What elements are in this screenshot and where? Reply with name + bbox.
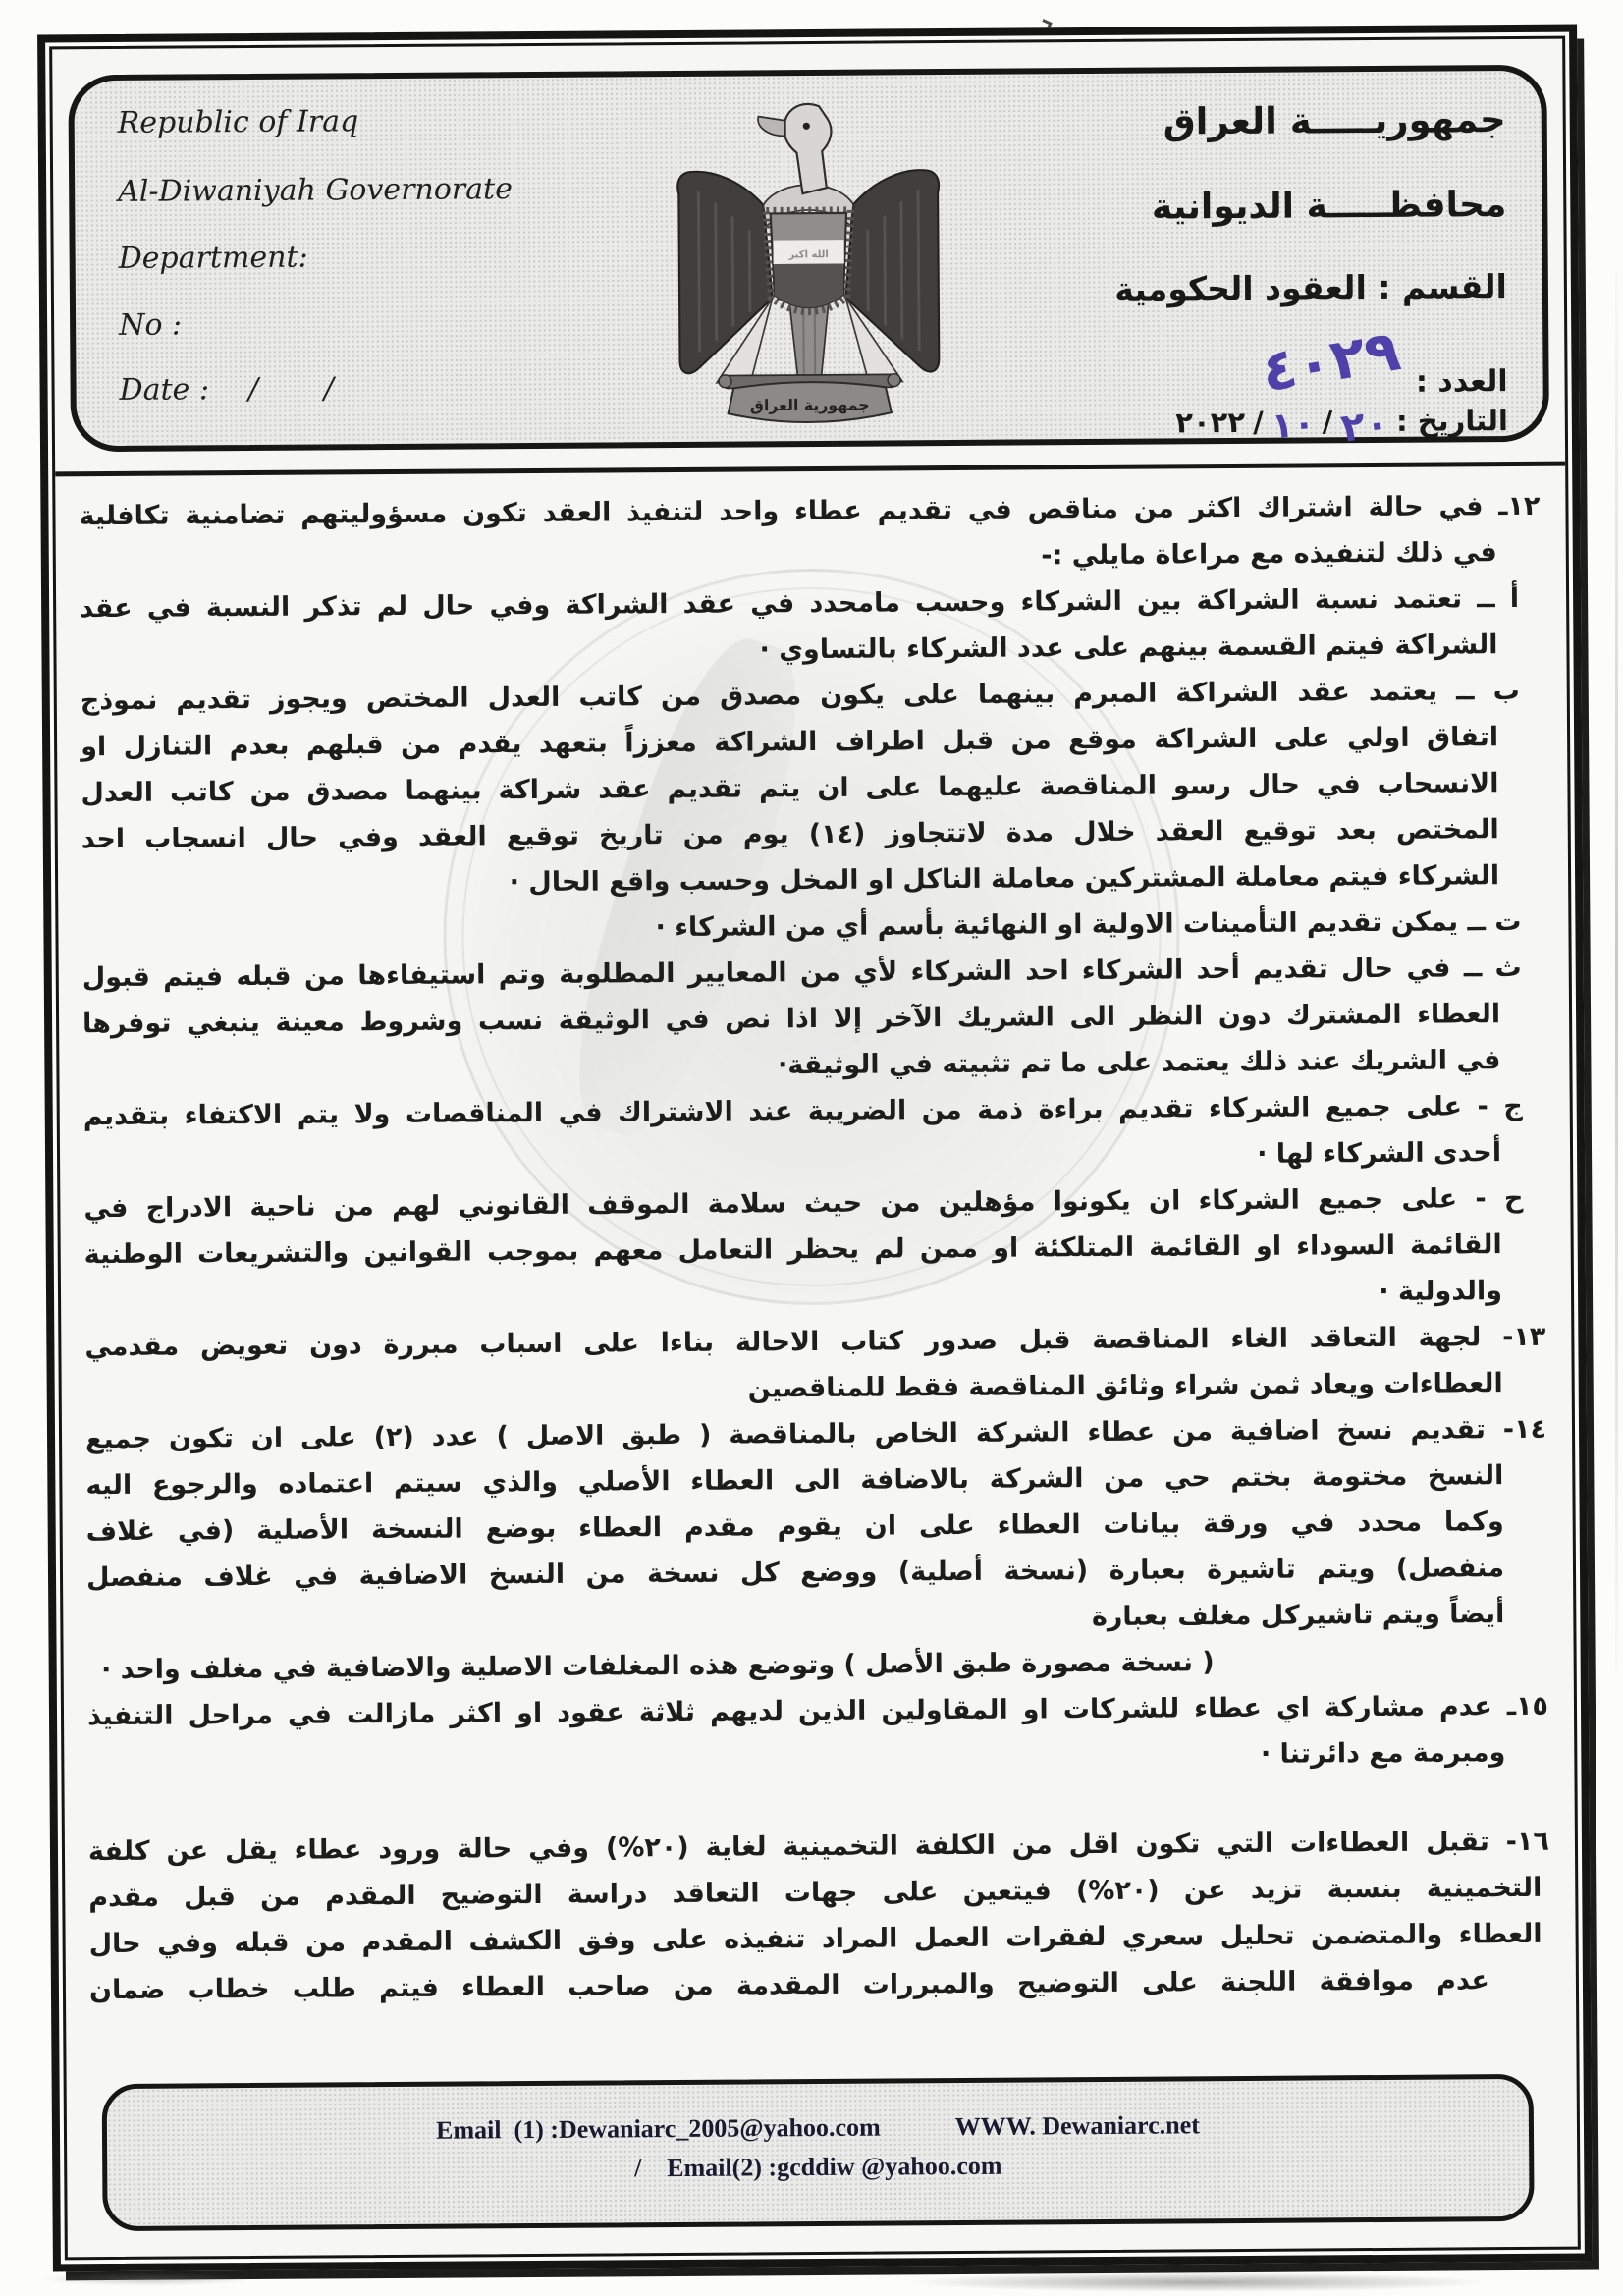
header-date-row-ar: التاريخ : ٢٠ / ١٠ / ٢٠٢٢: [1175, 395, 1508, 442]
date-label: التاريخ :: [1396, 404, 1508, 438]
footer-website: WWW. Dewaniarc.net: [955, 2110, 1200, 2142]
header-date-row-en: Date :/ /: [119, 371, 334, 408]
footer-contact-box: Email (1) :Dewaniarc_2005@yahoo.com WWW.…: [102, 2074, 1535, 2231]
scan-shadow-bottom-left: [39, 2272, 255, 2286]
handwritten-document-number: ٤٠٢٩: [1257, 316, 1405, 405]
header-governorate-en: Al-Diwaniyah Governorate: [118, 172, 513, 209]
handwritten-date-month: ١٠: [1271, 404, 1317, 447]
header-date-label-en: Date :: [119, 372, 209, 408]
document-inner-frame: Republic of Iraq Al-Diwaniyah Governorat…: [49, 36, 1581, 2261]
iraq-coat-of-arms-eagle-icon: الله اكبر جمهورية العراق: [666, 88, 950, 428]
emblem-banner-text: جمهورية العراق: [750, 395, 870, 414]
date-year: ٢٠٢٢: [1175, 406, 1245, 439]
handwritten-date-day: ٢٠: [1339, 401, 1392, 452]
scan-edge-artifact: [1615, 236, 1618, 1709]
body-line: عدم موافقة اللجنة على التوضيح والمبررات …: [89, 1957, 1550, 2013]
header-date-slashes-en: / /: [209, 371, 334, 407]
date-slash: /: [1253, 406, 1264, 439]
letterhead-header-box: Republic of Iraq Al-Diwaniyah Governorat…: [68, 65, 1549, 453]
header-country-en: Republic of Iraq: [118, 104, 359, 140]
header-department-ar: القسم : العقود الحكومية: [1114, 267, 1507, 308]
header-body-divider-rule: [55, 462, 1565, 477]
letter-body-text: ١٢ـ في حالة اشتراك اكثر من مناقص في تقدي…: [79, 483, 1550, 2013]
header-governorate-ar: محافظـــــة الديوانية: [1152, 185, 1507, 228]
scan-shadow-bottom: [903, 2272, 1492, 2292]
scanned-document-page: Republic of Iraq Al-Diwaniyah Governorat…: [0, 0, 1623, 2296]
header-english-column: Republic of Iraq Al-Diwaniyah Governorat…: [117, 77, 667, 81]
footer-email-1: Email (1) :Dewaniarc_2005@yahoo.com: [436, 2113, 881, 2146]
footer-line-1: Email (1) :Dewaniarc_2005@yahoo.com WWW.…: [107, 2108, 1529, 2148]
header-department-label-en: Department:: [119, 241, 308, 276]
date-slash: /: [1323, 405, 1333, 438]
header-country-ar: جمهوريـــــة العراق: [1163, 98, 1505, 142]
header-no-label-en: No :: [119, 307, 182, 342]
document-outer-frame: Republic of Iraq Al-Diwaniyah Governorat…: [37, 25, 1593, 2272]
footer-email-2: / Email(2) :gcddiw @yahoo.com: [107, 2148, 1529, 2187]
emblem-band-text: الله اكبر: [787, 249, 828, 260]
